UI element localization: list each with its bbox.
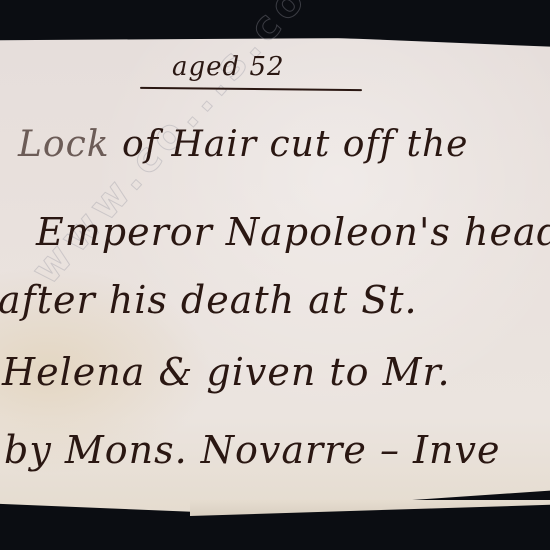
paper-bottom-edge: [190, 500, 550, 516]
photo-stage: www.co...s.com aged 52 Lock of Hair cut …: [0, 0, 550, 550]
note-line-2: Emperor Napoleon's head: [36, 210, 550, 254]
note-line-1-text: Lock of Hair cut off the: [18, 124, 468, 165]
note-header-age: aged 52: [172, 52, 285, 82]
faded-word: Lock: [18, 124, 110, 165]
note-line-5: by Mons. Novarre – Inve: [4, 428, 500, 472]
note-line-4: Helena & given to Mr.: [2, 350, 451, 394]
note-line-1: Lock of Hair cut off the: [18, 124, 468, 165]
note-line-3: after his death at St.: [0, 278, 418, 322]
